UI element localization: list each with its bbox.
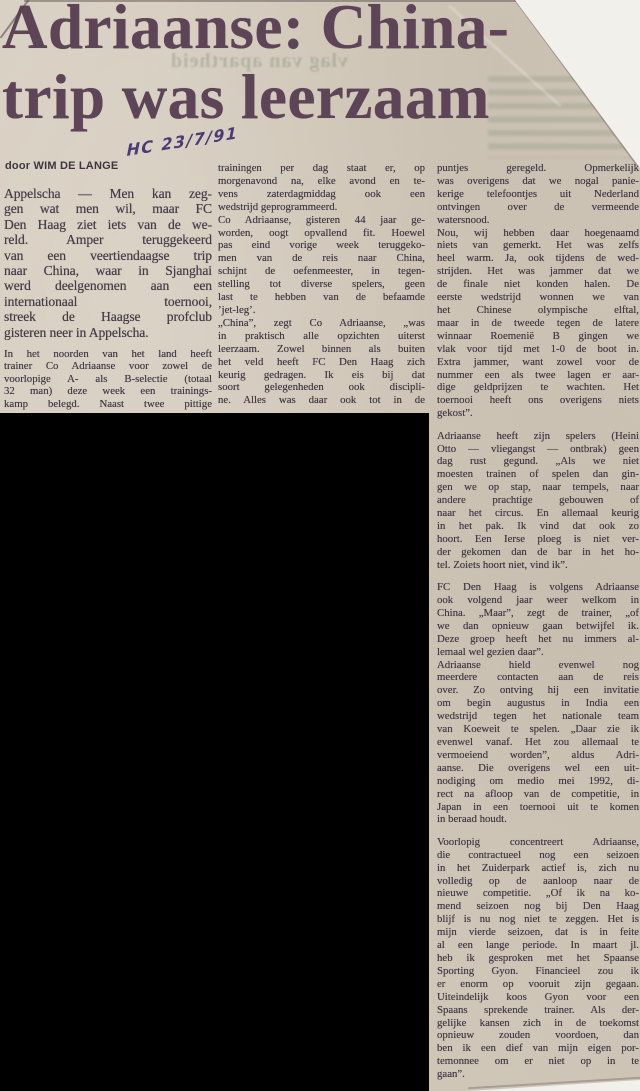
text-line: Voorlopig concentreert Adriaanse, <box>437 836 639 849</box>
text-line: evenwel vanaf. Het zou allemaal te <box>437 736 639 749</box>
bleed-through-text-block <box>488 76 634 158</box>
text-line: toernooi heeft ons overigens niets <box>437 394 639 407</box>
text-line: trainingen per dag staat er, op <box>218 162 425 175</box>
text-line: ontvingen over de vermeende <box>437 201 639 214</box>
column-1-lead-paragraph: Appelscha — Men kan zeg-gen wat men wil,… <box>4 186 212 340</box>
text-line: morgenavond na, elke avond en te- <box>218 175 425 188</box>
text-line: van Koeweit te spelen. „Daar zie ik <box>437 723 639 736</box>
text-line: volledig op de aanloop naar de <box>437 875 639 888</box>
text-line: werd deelgenomen aan een <box>4 278 212 293</box>
text-line: puntjes geregeld. Opmerkelijk <box>437 162 639 175</box>
text-line: er enorm op vooruit zijn gegaan. <box>437 978 639 991</box>
text-line: rect na afloop van de competitie, in <box>437 788 639 801</box>
text-line: kerige telefoontjes uit Nederland <box>437 188 639 201</box>
text-line: wedstrijd geprogrammeerd. <box>218 201 425 214</box>
scanned-newspaper-clipping: vlag van apartheid Adriaanse: China- tri… <box>0 0 640 1091</box>
text-line: naar China, waar in Sjanghai <box>4 263 212 278</box>
text-line: soort gelegenheden ook discipli- <box>218 381 425 394</box>
text-line: gen wat men wil, maar FC <box>4 201 212 216</box>
text-line: Uiteindelijk koos Gyon voor een <box>437 991 639 1004</box>
text-line: stelling tot diverse spelers, geen <box>218 278 425 291</box>
text-line: moesten trainen of spelen dan gin- <box>437 468 639 481</box>
text-line: Spaans sprekende trainer. Als der- <box>437 1004 639 1017</box>
text-line: Sporting Gyon. Financieel zou ik <box>437 965 639 978</box>
text-line: temonnee om er niet op in te <box>437 1055 639 1068</box>
text-line: men van de reis naar China, <box>218 252 425 265</box>
text-line: in het Zuiderpark actief is, zich nu <box>437 862 639 875</box>
text-line: in het pak. Ik vind dat ook zo <box>437 520 639 533</box>
text-line: die contractueel nog een seizoen <box>437 849 639 862</box>
text-line: trainer Co Adriaanse voor zowel de <box>4 360 212 372</box>
text-line: we dan opnieuw gaan betwijfel ik. <box>437 620 639 633</box>
text-line: aanse. Die overigens wel een uit- <box>437 762 639 775</box>
paragraph-gap <box>437 826 639 836</box>
text-line: opnieuw zouden voordoen, dan <box>437 1029 639 1042</box>
text-line: „China”, zegt Co Adriaanse, „was <box>218 317 425 330</box>
text-line: Extra jammer, want zowel voor de <box>437 356 639 369</box>
text-line: ’jet-leg’. <box>218 304 425 317</box>
text-line: schijnt de oefenmeester, in tegen- <box>218 265 425 278</box>
paragraph-gap <box>437 572 639 582</box>
text-line: last te hebben van de befaamde <box>218 291 425 304</box>
paragraph-gap <box>437 420 639 430</box>
text-line: in praktisch alle opzichten uiterst <box>218 330 425 343</box>
text-line: Deze groep heeft het nu immers al- <box>437 633 639 646</box>
text-line: vermoeiend worden”, aldus Adri- <box>437 749 639 762</box>
text-line: gen we op stap, naar tempels, naar <box>437 481 639 494</box>
text-line: Co Adriaanse, gisteren 44 jaar ge- <box>218 214 425 227</box>
text-line: 32 man) deze week een trainings- <box>4 385 212 397</box>
text-line: keurig gedragen. Ik eis bij dat <box>218 369 425 382</box>
text-line: mijn vierde seizoen, dat is in feite <box>437 926 639 939</box>
text-line: andere prachtige gebouwen of <box>437 494 639 507</box>
text-line: der gekomen dan de bar in het ho- <box>437 546 639 559</box>
text-line: ne. Alles was daar ook tot in de <box>218 394 425 407</box>
text-line: Japan in een toernooi uit te komen <box>437 801 639 814</box>
text-line: heb ik gesproken met het Spaanse <box>437 952 639 965</box>
byline: door WIM DE LANGE <box>5 160 118 172</box>
text-line: strijden. Het was jammer dat we <box>437 265 639 278</box>
text-line: maar in de tweede tegen de latere <box>437 317 639 330</box>
text-line: lemaal wel gezien daar”. <box>437 646 639 659</box>
text-line: reld. Amper teruggekeerd <box>4 232 212 247</box>
text-line: was overigens dat we nogal panie- <box>437 175 639 188</box>
text-line: over. Zo ontving hij een invitatie <box>437 684 639 697</box>
text-line: het Chinese olympische elftal, <box>437 304 639 317</box>
column-1-body: In het noorden van het land heefttrainer… <box>4 348 212 410</box>
text-line: gisteren neer in Appelscha. <box>4 325 212 340</box>
text-line: dige geldprijzen te wachten. Het <box>437 381 639 394</box>
text-line: in beraad houdt. <box>437 813 639 826</box>
text-line: gekost”. <box>437 407 639 420</box>
text-line: ook volgend jaar weer welkom in <box>437 594 639 607</box>
text-line: het veld heeft FC Den Haag zich <box>218 356 425 369</box>
text-line: FC Den Haag is volgens Adriaanse <box>437 581 639 594</box>
text-line: leerzaam. Zowel binnen als buiten <box>218 343 425 356</box>
text-line: naar het circus. En allemaal keurig <box>437 507 639 520</box>
text-line: al een lange periode. In maart jl. <box>437 939 639 952</box>
text-line: van een veertiendaagse trip <box>4 248 212 263</box>
text-line: blijf is nu nog niet te zeggen. Het is <box>437 913 639 926</box>
headline-line-2: trip was leerzaam <box>2 64 490 130</box>
text-line: nieuwe competitie. „Of ik na ko- <box>437 887 639 900</box>
text-line: meerdere contacten aan de reis <box>437 671 639 684</box>
text-line: heel warm. Ja, ook tijdens de wed- <box>437 252 639 265</box>
text-line: pas eind vorige week teruggeko- <box>218 239 425 252</box>
text-line: ben ik een dief van mijn eigen por- <box>437 1042 639 1055</box>
text-line: niets van gemerkt. Het was zelfs <box>437 239 639 252</box>
text-line: vlak voor tijd met 1-0 de boot in. <box>437 343 639 356</box>
text-line: nummer een als twee lagen er aar- <box>437 369 639 382</box>
text-line: dag rust gegund. „Als we niet <box>437 455 639 468</box>
text-line: voorlopige A- als B-selectie (totaal <box>4 373 212 385</box>
text-line: In het noorden van het land heeft <box>4 348 212 360</box>
text-line: eerste wedstrijd wonnen we van <box>437 291 639 304</box>
text-line: vens zaterdagmiddag ook een <box>218 188 425 201</box>
text-line: Nou, wij hebben daar hoegenaamd <box>437 227 639 240</box>
text-line: watersnood. <box>437 214 639 227</box>
text-line: China. „Maar”, zegt de trainer, „of <box>437 607 639 620</box>
text-line: om begin augustus in India een <box>437 697 639 710</box>
text-line: nodiging om medio mei 1992, di- <box>437 775 639 788</box>
headline-line-1: Adriaanse: China- <box>2 0 509 60</box>
column-3: puntjes geregeld. Opmerkelijkwas overige… <box>437 162 639 1081</box>
text-line: hoort. Een Ierse ploeg is niet ver- <box>437 533 639 546</box>
text-line: Den Haag ziet iets van de we- <box>4 217 212 232</box>
redaction-box <box>0 413 429 1091</box>
paper-top-edge-shadow <box>24 0 516 2</box>
text-line: winnaar Roemenië B gingen we <box>437 330 639 343</box>
text-line: mend seizoen nog bij Den Haag <box>437 900 639 913</box>
text-line: Otto — vliegangst — ontbrak) geen <box>437 443 639 456</box>
text-line: Adriaanse hield evenwel nog <box>437 659 639 672</box>
text-line: worden, oogt opvallend fit. Hoewel <box>218 227 425 240</box>
text-line: Appelscha — Men kan zeg- <box>4 186 212 201</box>
text-line: internationaal toernooi, <box>4 294 212 309</box>
text-line: streek de Haagse profclub <box>4 309 212 324</box>
text-line: tel. Zoiets hoort niet, vind ik”. <box>437 559 639 572</box>
text-line: Adriaanse heeft zijn spelers (Heini <box>437 430 639 443</box>
text-line: wedstrijd tegen het nationale team <box>437 710 639 723</box>
text-line: gelijke kansen zich in de toekomst <box>437 1017 639 1030</box>
text-line: de finale niet konden halen. De <box>437 278 639 291</box>
column-2: trainingen per dag staat er, opmorgenavo… <box>218 162 425 407</box>
text-line: kamp belegd. Naast twee pittige <box>4 398 212 410</box>
